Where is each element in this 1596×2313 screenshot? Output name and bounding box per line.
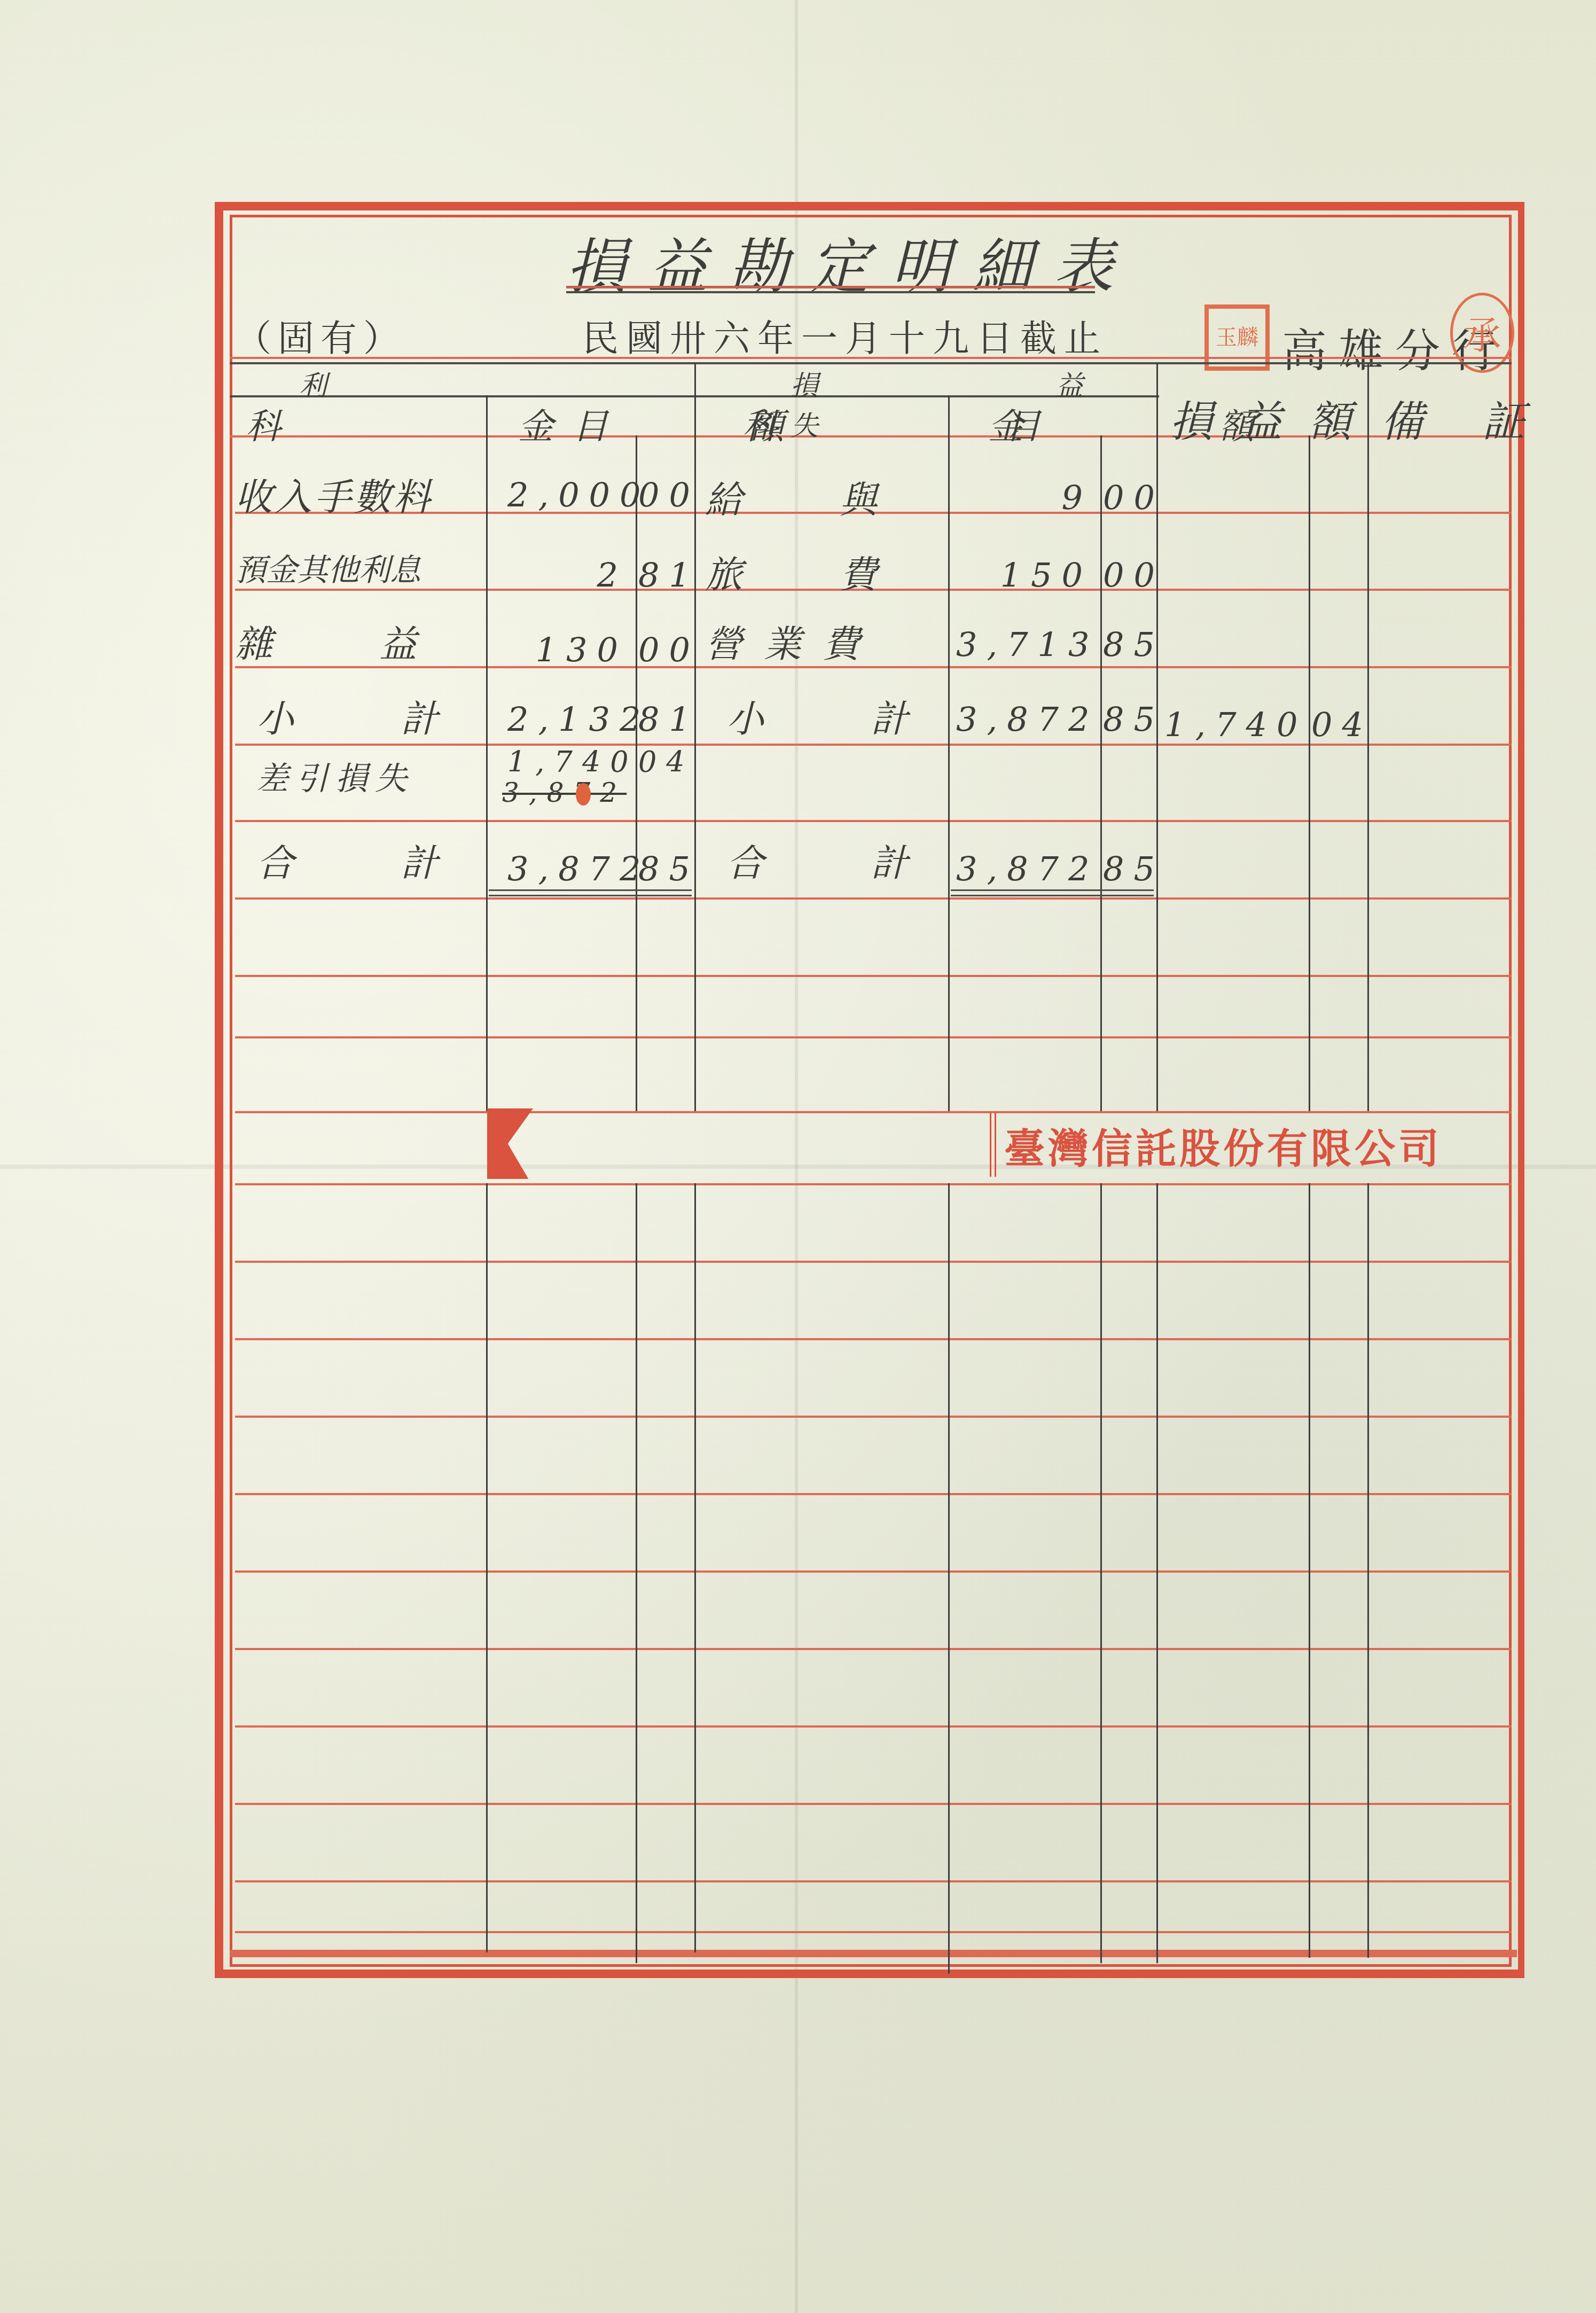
- imprint-bar: [990, 1113, 991, 1177]
- col-line-6-lower: [1156, 1183, 1158, 1963]
- loss-item-2: 營業費: [705, 614, 881, 668]
- col-line-5-lower: [1100, 1183, 1102, 1963]
- ruled-row-line: [235, 1183, 1512, 1185]
- profit-amount-0: 2,000: [507, 475, 628, 514]
- net-cents: 04: [1311, 705, 1365, 744]
- ruled-row-line: [235, 975, 1512, 977]
- col-line-1-lower: [486, 1183, 488, 1952]
- square-seal-icon: 玉麟: [1204, 304, 1270, 371]
- col-line-7: [1309, 435, 1310, 1111]
- profit-amount-5: 3,872: [507, 849, 628, 888]
- profit-item-0: 收入手數料: [235, 467, 433, 521]
- profit-cents-4: 04: [638, 745, 692, 779]
- ruled-row-line: [235, 897, 1512, 900]
- profit-cents-5: 85: [638, 849, 692, 888]
- header-rule-top: [230, 357, 1512, 359]
- profit-total-double-rule-1: [489, 889, 692, 891]
- ruled-row-line: [235, 1570, 1512, 1573]
- profit-item-2: 雜 益: [235, 614, 427, 668]
- ruled-row-line: [235, 1416, 1512, 1418]
- ruled-row-line: [235, 820, 1512, 822]
- loss-item-0: 給 與: [705, 470, 885, 524]
- ruled-row-line: [235, 1648, 1512, 1650]
- col-line-1: [486, 395, 488, 1111]
- col-line-8-lower: [1367, 1183, 1369, 1958]
- loss-item-1: 旅 費: [705, 545, 885, 599]
- loss-amount-1: 150: [956, 556, 1092, 595]
- loss-amount-0: 9: [956, 478, 1092, 517]
- profit-item-4: 差引損失: [256, 753, 414, 799]
- imprint-bar-2: [995, 1113, 996, 1177]
- col-line-5: [1100, 435, 1102, 1111]
- col-header-loss-amount: 金 額: [988, 398, 1334, 449]
- profit-total-double-rule-2: [489, 895, 692, 896]
- loss-cents-2: 85: [1103, 625, 1154, 664]
- title-underline-2: [566, 291, 1095, 293]
- col-line-7-lower: [1309, 1183, 1310, 1958]
- loss-amount-2: 3,713: [956, 625, 1092, 664]
- ruled-row-line: [235, 1493, 1512, 1495]
- loss-item-5: 合 計: [726, 833, 919, 887]
- col-line-3-lower: [694, 1183, 696, 1952]
- loss-cents-1: 00: [1103, 556, 1154, 595]
- ruled-row-line: [235, 1338, 1512, 1340]
- ruled-row-line: [235, 1111, 1512, 1113]
- profit-item-1: 預金其他利息: [235, 545, 421, 590]
- profit-cents-2: 00: [638, 630, 692, 669]
- as-of-date: 民國卅六年一月十九日截止: [582, 310, 1108, 362]
- group-header-remarks: 備証: [1381, 387, 1584, 449]
- ruled-row-line: [235, 1931, 1512, 1933]
- loss-cents-5: 85: [1103, 849, 1154, 888]
- profit-item-3: 小 計: [256, 689, 449, 743]
- ruled-row-line: [235, 1036, 1512, 1038]
- loss-total-double-rule-2: [951, 895, 1154, 896]
- account-type: （固有）: [235, 310, 406, 362]
- profit-cents-1: 81: [638, 556, 692, 595]
- col-line-4-lower: [948, 1183, 950, 1974]
- ruled-row-line: [235, 1725, 1512, 1728]
- loss-amount-5: 3,872: [956, 849, 1092, 888]
- ruled-row-line: [235, 1261, 1512, 1263]
- red-ink-mark: [576, 783, 591, 806]
- profit-cents-0: 00: [638, 475, 692, 514]
- col-line-2-lower: [636, 1183, 637, 1963]
- profit-cents-3: 81: [638, 700, 692, 739]
- company-imprint: 臺灣信託股份有限公司: [1004, 1116, 1442, 1175]
- profit-amount-3: 2,132: [507, 700, 628, 739]
- ruled-row-line: [235, 1803, 1512, 1805]
- title-underline: [566, 286, 1095, 288]
- col-line-4: [948, 395, 950, 1111]
- loss-total-double-rule-1: [951, 889, 1154, 891]
- loss-amount-3: 3,872: [956, 700, 1092, 739]
- profit-amount-2: 130: [507, 630, 628, 669]
- loss-item-3: 小 計: [726, 689, 919, 743]
- loss-cents-3: 85: [1103, 700, 1154, 739]
- profit-struck-value: 3,872: [502, 777, 609, 808]
- net-amount: 1,740: [1164, 705, 1301, 744]
- page-border-bottom-band: [230, 1950, 1517, 1957]
- ruled-row-line: [235, 1880, 1512, 1882]
- loss-cents-0: 00: [1103, 478, 1154, 517]
- round-seal-icon: 承: [1450, 293, 1514, 373]
- profit-item-5: 合 計: [256, 833, 449, 887]
- profit-amount-1: 2: [507, 556, 628, 595]
- profit-amount-4: 1,740: [507, 745, 628, 779]
